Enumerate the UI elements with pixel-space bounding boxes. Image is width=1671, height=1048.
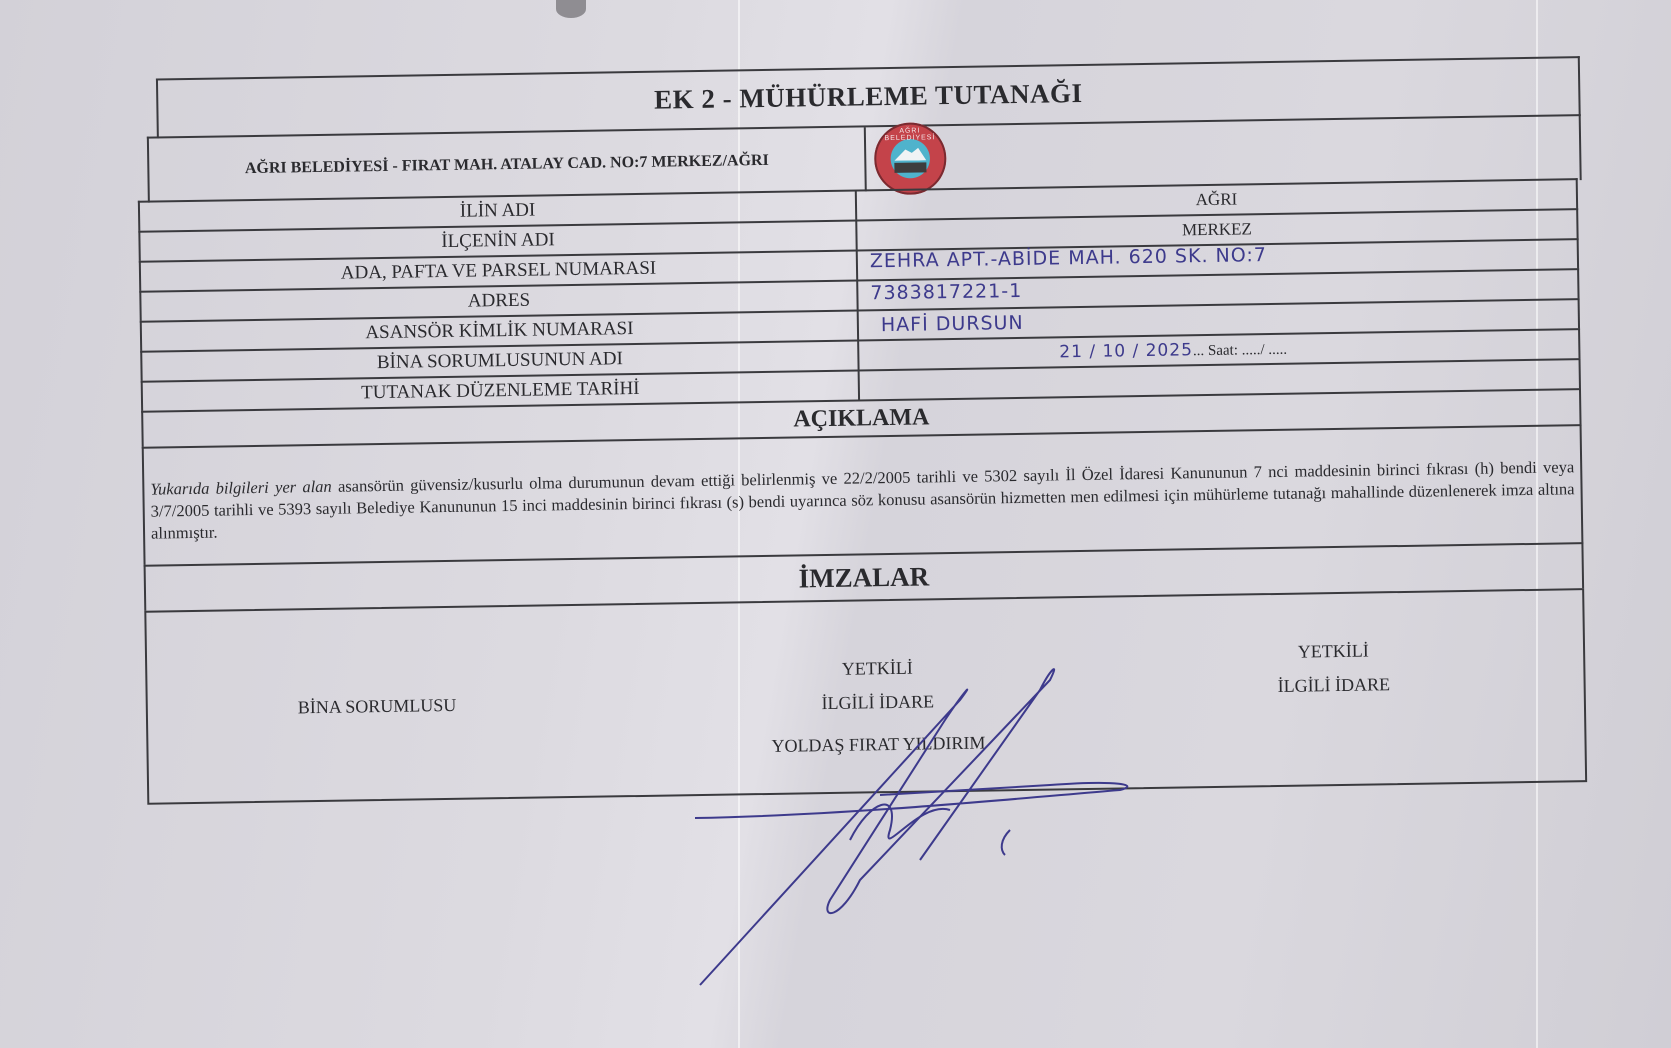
mountain-icon [894,146,926,161]
document-title: EK 2 - MÜHÜRLEME TUTANAĞI [158,70,1578,123]
official-2-signature-block: YETKİLİ İLGİLİ İDARE [1277,633,1391,703]
building-manager-signature-block: BİNA SORUMLUSU [298,688,457,724]
handwritten-elevator-id: 7383817221-1 [870,277,1022,307]
official-1-office: İLGİLİ İDARE [748,683,1009,721]
handwritten-address: ZEHRA APT.-ABİDE MAH. 620 SK. NO:7 [870,241,1267,275]
seal-text: AĞRI BELEDİYESİ [874,127,946,142]
building-icon [894,162,926,173]
date-time-line: 21 / 10 / 2025... Saat: ...../ ..... [1059,335,1287,368]
explanation-body: Yukarıda bilgileri yer alan asansörün gü… [142,424,1584,565]
document-page: EK 2 - MÜHÜRLEME TUTANAĞI AĞRI BELEDİYES… [0,0,1671,1048]
explanation-text: asansörün güvensiz/kusurlu olma durumunu… [151,457,1575,542]
punch-hole [556,0,586,18]
explanation-lead: Yukarıda bilgileri yer alan [150,477,332,499]
sealing-report-form: EK 2 - MÜHÜRLEME TUTANAĞI AĞRI BELEDİYES… [60,0,1620,20]
official-1-name: YOLDAŞ FIRAT YILDIRIM [748,725,1009,763]
handwritten-manager-name: HAFİ DURSUN [881,309,1024,339]
date-dots: ... [1193,343,1205,359]
official-2-office: İLGİLİ İDARE [1277,667,1390,703]
signatures-area: BİNA SORUMLUSU YETKİLİ İLGİLİ İDARE YOLD… [144,588,1587,805]
info-table: İLİN ADI AĞRI İLÇENİN ADI MERKEZ ADA, PA… [138,178,1587,805]
building-manager-label: BİNA SORUMLUSU [298,688,457,724]
official-1-role: YETKİLİ [747,649,1008,687]
handwritten-date: 21 / 10 / 2025 [1059,340,1193,362]
municipality-seal-icon: AĞRI BELEDİYESİ [874,122,947,195]
official-2-role: YETKİLİ [1277,633,1390,669]
official-1-signature-block: YETKİLİ İLGİLİ İDARE YOLDAŞ FIRAT YILDIR… [747,649,1009,763]
time-label: Saat: ...../ ..... [1208,342,1287,359]
